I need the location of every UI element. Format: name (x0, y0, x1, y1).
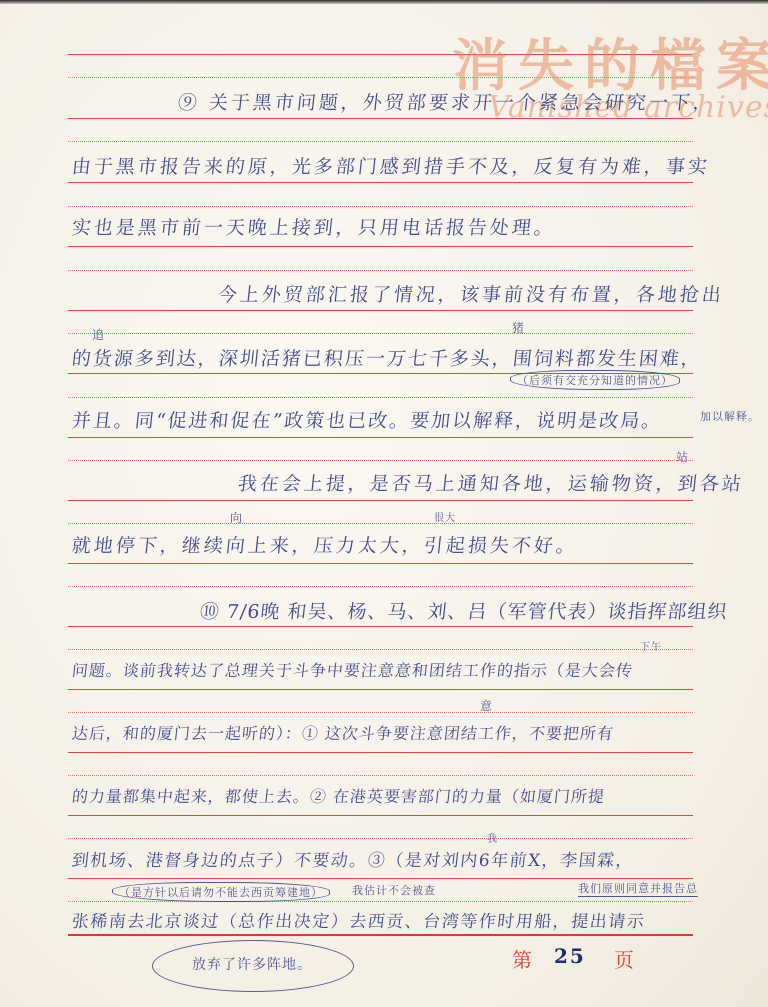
rule-dotted (68, 838, 693, 839)
rule-dotted (68, 712, 693, 713)
annotation: 猪 (512, 319, 525, 336)
rule-solid (68, 689, 693, 690)
annotation: 放弃了许多阵地。 (192, 954, 312, 974)
rule-dotted (68, 333, 693, 334)
annotation: 向 (230, 509, 243, 526)
rule-dotted (68, 460, 693, 461)
rule-dotted (68, 206, 693, 207)
handwritten-line: 张稀南去北京谈过（总作出决定）去西贡、台湾等作时用船，提出请示 (71, 907, 694, 932)
rule-solid (68, 310, 693, 311)
handwritten-line: 达后，和的厦门去一起听的）：① 这次斗争要注意团结工作，不要把所有 (71, 721, 693, 744)
annotation: 追 (92, 326, 105, 343)
rule-solid (68, 563, 693, 564)
rule-solid (68, 626, 693, 627)
handwritten-line: 的货源多到达，深圳活猪已积压一万七千多头，围饲料都发生困难， (71, 344, 694, 371)
handwritten-line: 的力量都集中起来，都使上去。② 在港英要害部门的力量（如厦门所提 (71, 784, 693, 807)
rule-dotted (68, 141, 693, 142)
rule-dotted (68, 270, 693, 271)
rule-dotted (68, 775, 693, 776)
handwritten-line: 问题。谈前我转达了总理关于斗争中要注意意和团结工作的指示（是大会传 (71, 658, 693, 681)
rule-solid (68, 182, 693, 183)
rule-solid (68, 500, 693, 501)
annotation: 站 (676, 448, 689, 465)
handwritten-line: 到机场、港督身边的点子）不要动。③（是对刘内6年前X，李国霖， (71, 846, 694, 871)
rule-solid (68, 815, 693, 816)
page-label-prefix: 第 (512, 944, 532, 973)
annotation-bracket: （是方针以后请勿不能去西贡筹建地） (112, 882, 330, 902)
rule-dotted (68, 397, 693, 398)
annotation-bracket: （后须有交充分知道的情况） (510, 370, 680, 390)
annotation: 下午 (640, 638, 662, 653)
rule-solid (68, 246, 693, 247)
handwritten-line: 由于黑市报告来的原，光多部门感到措手不及，反复有为难，事实 (71, 152, 694, 179)
rule-solid (68, 752, 693, 753)
page-number: 25 (554, 944, 586, 968)
rule-bottom (68, 934, 693, 936)
annotation: 意 (480, 697, 493, 714)
handwritten-line: 实也是黑市前一天晚上接到，只用电话报告处理。 (71, 213, 694, 240)
handwritten-line: ⑩ 7/6晚 和吴、杨、马、刘、吕（军管代表）谈指挥部组织 (199, 597, 768, 624)
handwritten-line: ⑨ 关于黑市问题，外贸部要求开一个紧急会研究一下， (177, 88, 768, 115)
annotation: 我估计不会被查 (352, 882, 436, 898)
rule-dotted (68, 586, 693, 587)
handwritten-line: 我在会上提，是否马上通知各地，运输物资，到各站 (237, 469, 768, 496)
handwritten-line: 并且。同“促进和促在”政策也已改。要加以解释，说明是改局。 (71, 406, 694, 433)
rule-dotted (68, 523, 693, 524)
handwritten-line: 今上外贸部汇报了情况，该事前没有布置，各地抢出 (217, 280, 768, 307)
ruled-paper: 消失的檔案 Vanished archives ⑨ 关于黑市问题，外贸部要求开一… (0, 4, 768, 1007)
annotation: 加以解释。 (700, 408, 760, 424)
page-label-suffix: 页 (614, 944, 634, 973)
annotation: 我 (487, 830, 498, 845)
rule-solid (68, 437, 693, 438)
rule-dotted (68, 901, 693, 902)
rule-dotted (68, 649, 693, 650)
rule-solid (68, 878, 693, 879)
annotation: 我们原则同意并报告总 (578, 880, 698, 897)
page-footer: 第 25 页 (512, 944, 662, 974)
annotation: 很大 (434, 509, 456, 524)
handwritten-line: 就地停下，继续向上来，压力太大，引起损失不好。 (71, 531, 694, 558)
